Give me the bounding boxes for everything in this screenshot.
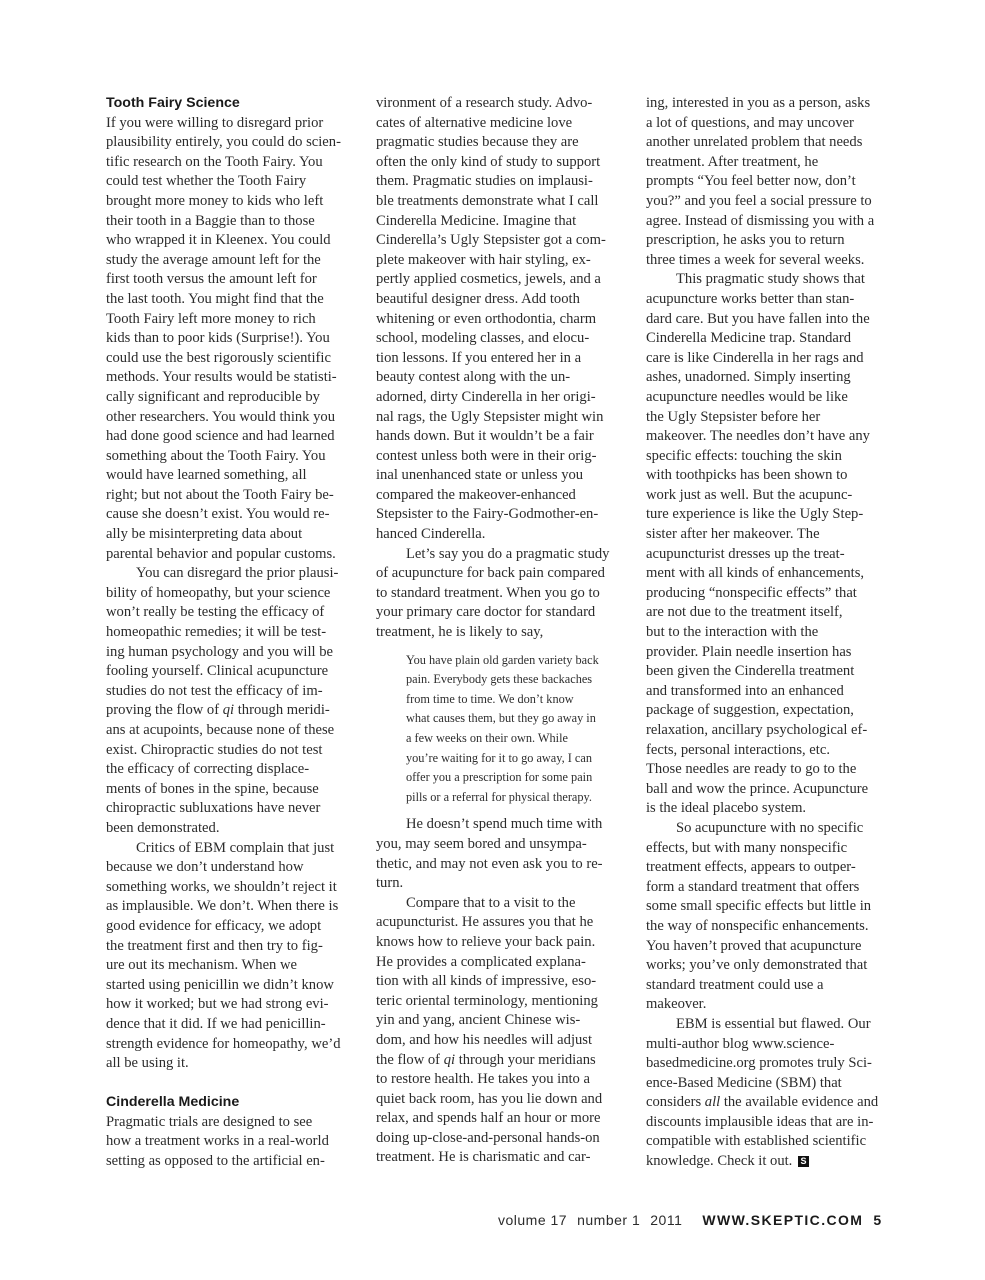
text-line: ments of bones in the spine, because [106,780,362,800]
text-line: how it worked; but we had strong evi- [106,995,362,1015]
paragraph: This pragmatic study shows that acupunct… [646,270,902,819]
section-heading-tooth-fairy-science: Tooth Fairy Science [106,94,362,114]
text-line: standard treatment could use a [646,976,902,996]
text-line: first tooth versus the amount left for [106,270,362,290]
text-line: contest unless both were in their orig- [376,447,632,467]
magazine-page: Tooth Fairy Science If you were willing … [0,0,985,1280]
text-line: Compare that to a visit to the [376,894,632,914]
text-line: your primary care doctor for standard [376,603,632,623]
text-line: treatment. He is charismatic and car- [376,1148,632,1168]
text-line: three times a week for several weeks. [646,251,902,271]
text-line: treatment, he is likely to say, [376,623,632,643]
text-line: ing human psychology and you will be [106,643,362,663]
quote-line: from time to time. We don’t know [406,690,632,710]
text-line: ment with all kinds of enhancements, [646,564,902,584]
text-line: good evidence for efficacy, we adopt [106,917,362,937]
paragraph: You can disregard the prior plausi- bili… [106,564,362,838]
paragraph: Let’s say you do a pragmatic study of ac… [376,545,632,643]
paragraph: EBM is essential but flawed. Our multi-a… [646,1015,902,1172]
text-line: plete makeover with hair styling, ex- [376,251,632,271]
text-line: relax, and spends half an hour or more [376,1109,632,1129]
quote-line: You have plain old garden variety back [406,651,632,671]
text-line: often the only kind of study to support [376,153,632,173]
text-line: study the average amount left for the [106,251,362,271]
text-line: would have learned something, all [106,466,362,486]
section-spacer [106,1074,362,1094]
text-line: You haven’t proved that acupuncture [646,937,902,957]
text-line: ally be misinterpreting data about [106,525,362,545]
text-line: all be using it. [106,1054,362,1074]
text-line: knowledge. Check it out. S [646,1152,902,1172]
text-line: nal rags, the Ugly Stepsister might win [376,408,632,428]
text-line: Stepsister to the Fairy-Godmother-en- [376,505,632,525]
website-link[interactable]: WWW.SKEPTIC.COM [702,1212,863,1228]
text-line: could test whether the Tooth Fairy [106,172,362,192]
text-line: cally significant and reproducible by [106,388,362,408]
text-line: treatment effects, appears to outper- [646,858,902,878]
text-line: compatible with established scientific [646,1132,902,1152]
text-line: a lot of questions, and may uncover [646,114,902,134]
text-line: basedmedicine.org promotes truly Sci- [646,1054,902,1074]
text-line: had done good science and had learned [106,427,362,447]
text-run: knowledge. Check it out. [646,1153,792,1169]
text-line: because we don’t understand how [106,858,362,878]
text-line: beautiful designer dress. Add tooth [376,290,632,310]
text-line: how a treatment works in a real-world [106,1132,362,1152]
text-line: homeopathic remedies; it will be test- [106,623,362,643]
text-line: form a standard treatment that offers [646,878,902,898]
text-line: care is like Cinderella in her rags and [646,349,902,369]
text-line: If you were willing to disregard prior [106,114,362,134]
text-line: to restore health. He takes you into a [376,1070,632,1090]
text-run: proving the flow of [106,702,223,718]
text-line: other researchers. You would think you [106,408,362,428]
text-line: and transformed into an enhanced [646,682,902,702]
text-line: knows how to relieve your back pain. [376,933,632,953]
text-line: dard care. But you have fallen into the [646,310,902,330]
text-line: inal unenhanced state or unless you [376,466,632,486]
text-line: you, may seem bored and unsympa- [376,835,632,855]
text-line: whitening or even orthodontia, charm [376,310,632,330]
page-number: 5 [873,1212,881,1228]
text-line: relaxation, ancillary psychological ef- [646,721,902,741]
text-line: This pragmatic study shows that [646,270,902,290]
text-line: sister after her makeover. The [646,525,902,545]
quote-line: you’re waiting for it to go away, I can [406,749,632,769]
text-run: the available evidence and [720,1094,878,1110]
text-line: their tooth in a Baggie than to those [106,212,362,232]
text-line: acupuncturist dresses up the treat- [646,545,902,565]
quote-line: pain. Everybody gets these backaches [406,670,632,690]
paragraph: So acupuncture with no specific effects,… [646,819,902,1015]
text-line: but to the interaction with the [646,623,902,643]
text-line: brought more money to kids who left [106,192,362,212]
text-line: Cinderella’s Ugly Stepsister got a com- [376,231,632,251]
text-line: studies do not test the efficacy of im- [106,682,362,702]
paragraph: He doesn’t spend much time with you, may… [376,815,632,893]
text-line: beauty contest along with the un- [376,368,632,388]
text-line: who wrapped it in Kleenex. You could [106,231,362,251]
paragraph: Compare that to a visit to the acupunctu… [376,894,632,1168]
text-line: provider. Plain needle insertion has [646,643,902,663]
issue-number-label: number 1 [577,1212,640,1228]
text-line: exist. Chiropractic studies do not test [106,741,362,761]
text-line: proving the flow of qi through meridi- [106,701,362,721]
column-2: vironment of a research study. Advo- cat… [376,94,632,1168]
text-run: considers [646,1094,705,1110]
text-line: ure out its mechanism. When we [106,956,362,976]
text-line: them. Pragmatic studies on implausi- [376,172,632,192]
text-line: methods. Your results would be statisti- [106,368,362,388]
text-line: dom, and how his needles will adjust [376,1031,632,1051]
text-line: plausibility entirely, you could do scie… [106,133,362,153]
text-line: makeover. [646,995,902,1015]
text-line: is the ideal placebo system. [646,799,902,819]
text-line: treatment. After treatment, he [646,153,902,173]
text-line: right; but not about the Tooth Fairy be- [106,486,362,506]
text-line: chiropractic subluxations have never [106,799,362,819]
paragraph: Pragmatic trials are designed to see how… [106,1113,362,1172]
text-line: ture experience is like the Ugly Step- [646,505,902,525]
text-line: So acupuncture with no specific [646,819,902,839]
text-line: acupuncture works better than stan- [646,290,902,310]
quote-line: a few weeks on their own. While [406,729,632,749]
volume-label: volume 17 [498,1212,567,1228]
text-line: the efficacy of correcting displace- [106,760,362,780]
text-line: some small specific effects but little i… [646,897,902,917]
text-run: through your meridians [455,1052,596,1068]
year-label: 2011 [650,1212,682,1228]
text-line: compared the makeover-enhanced [376,486,632,506]
section-heading-cinderella-medicine: Cinderella Medicine [106,1093,362,1113]
paragraph: ing, interested in you as a person, asks… [646,94,902,270]
text-run: through meridi- [234,702,330,718]
text-line: won’t really be testing the efficacy of [106,603,362,623]
text-line: ing, interested in you as a person, asks [646,94,902,114]
text-line: Pragmatic trials are designed to see [106,1113,362,1133]
text-line: doing up-close-and-personal hands-on [376,1129,632,1149]
text-line: bility of homeopathy, but your science [106,584,362,604]
text-line: tion with all kinds of impressive, eso- [376,972,632,992]
text-line: you?” and you feel a social pressure to [646,192,902,212]
text-line: tific research on the Tooth Fairy. You [106,153,362,173]
text-line: producing “nonspecific effects” that [646,584,902,604]
text-line: parental behavior and popular customs. [106,545,362,565]
text-line: discounts implausible ideas that are in- [646,1113,902,1133]
skeptic-end-mark-icon: S [798,1156,809,1167]
text-line: been given the Cinderella treatment [646,662,902,682]
text-line: cates of alternative medicine love [376,114,632,134]
text-line: hands down. But it wouldn’t be a fair [376,427,632,447]
text-line: the treatment first and then try to fig- [106,937,362,957]
paragraph: vironment of a research study. Advo- cat… [376,94,632,545]
text-line: works; you’ve only demonstrated that [646,956,902,976]
text-line: acupuncturist. He assures you that he [376,913,632,933]
text-line: cause she doesn’t exist. You would re- [106,505,362,525]
column-1: Tooth Fairy Science If you were willing … [106,94,362,1172]
text-line: something works, we shouldn’t reject it [106,878,362,898]
text-line: ball and wow the prince. Acupuncture [646,780,902,800]
paragraph: Critics of EBM complain that just becaus… [106,839,362,1074]
text-line: as implausible. We don’t. When there is [106,897,362,917]
text-line: been demonstrated. [106,819,362,839]
text-line: pragmatic studies because they are [376,133,632,153]
text-line: vironment of a research study. Advo- [376,94,632,114]
text-line: effects, but with many nonspecific [646,839,902,859]
text-line: quiet back room, has you lie down and [376,1090,632,1110]
paragraph: If you were willing to disregard prior p… [106,114,362,565]
block-quote: You have plain old garden variety back p… [376,651,632,808]
text-line: package of suggestion, expectation, [646,701,902,721]
italic-term-all: all [705,1094,720,1110]
text-line: the last tooth. You might find that the [106,290,362,310]
text-line: something about the Tooth Fairy. You [106,447,362,467]
text-line: of acupuncture for back pain compared [376,564,632,584]
italic-term-qi: qi [223,702,234,718]
text-line: pertly applied cosmetics, jewels, and a [376,270,632,290]
text-line: tion lessons. If you entered her in a [376,349,632,369]
text-line: the flow of qi through your meridians [376,1051,632,1071]
text-line: fects, personal interactions, etc. [646,741,902,761]
text-line: started using penicillin we didn’t know [106,976,362,996]
text-line: ence-Based Medicine (SBM) that [646,1074,902,1094]
text-line: turn. [376,874,632,894]
text-line: prescription, he asks you to return [646,231,902,251]
text-line: Cinderella Medicine. Imagine that [376,212,632,232]
text-line: ble treatments demonstrate what I call [376,192,632,212]
text-line: thetic, and may not even ask you to re- [376,855,632,875]
column-3: ing, interested in you as a person, asks… [646,94,902,1172]
text-line: considers all the available evidence and [646,1093,902,1113]
text-line: Critics of EBM complain that just [106,839,362,859]
text-line: could use the best rigorously scientific [106,349,362,369]
text-line: to standard treatment. When you go to [376,584,632,604]
text-line: ashes, unadorned. Simply inserting [646,368,902,388]
text-line: with toothpicks has been shown to [646,466,902,486]
italic-term-qi: qi [444,1052,455,1068]
text-line: prompts “You feel better now, don’t [646,172,902,192]
text-line: are not due to the treatment itself, [646,603,902,623]
text-line: setting as opposed to the artificial en- [106,1152,362,1172]
text-line: acupuncture needles would be like [646,388,902,408]
text-line: school, modeling classes, and elocu- [376,329,632,349]
quote-line: offer you a prescription for some pain [406,768,632,788]
text-line: kids than to poor kids (Surprise!). You [106,329,362,349]
quote-line: what causes them, but they go away in [406,709,632,729]
page-footer: volume 17number 12011WWW.SKEPTIC.COM5 [498,1212,908,1228]
text-line: the way of nonspecific enhancements. [646,917,902,937]
text-line: Tooth Fairy left more money to rich [106,310,362,330]
text-line: yin and yang, ancient Chinese wis- [376,1011,632,1031]
text-line: work just as well. But the acupunc- [646,486,902,506]
text-run: the flow of [376,1052,444,1068]
text-line: the Ugly Stepsister before her [646,408,902,428]
text-line: Let’s say you do a pragmatic study [376,545,632,565]
text-line: another unrelated problem that needs [646,133,902,153]
text-line: He provides a complicated explana- [376,953,632,973]
text-line: ans at acupoints, because none of these [106,721,362,741]
text-line: strength evidence for homeopathy, we’d [106,1035,362,1055]
text-line: fooling yourself. Clinical acupuncture [106,662,362,682]
text-line: makeover. The needles don’t have any [646,427,902,447]
text-line: hanced Cinderella. [376,525,632,545]
text-line: You can disregard the prior plausi- [106,564,362,584]
text-line: Cinderella Medicine trap. Standard [646,329,902,349]
text-line: adorned, dirty Cinderella in her origi- [376,388,632,408]
text-line: agree. Instead of dismissing you with a [646,212,902,232]
quote-line: pills or a referral for physical therapy… [406,788,632,808]
text-line: Those needles are ready to go to the [646,760,902,780]
text-line: EBM is essential but flawed. Our [646,1015,902,1035]
text-line: specific effects: touching the skin [646,447,902,467]
text-line: teric oriental terminology, mentioning [376,992,632,1012]
text-line: He doesn’t spend much time with [376,815,632,835]
text-line: dence that it did. If we had penicillin- [106,1015,362,1035]
text-line: multi-author blog www.science- [646,1035,902,1055]
